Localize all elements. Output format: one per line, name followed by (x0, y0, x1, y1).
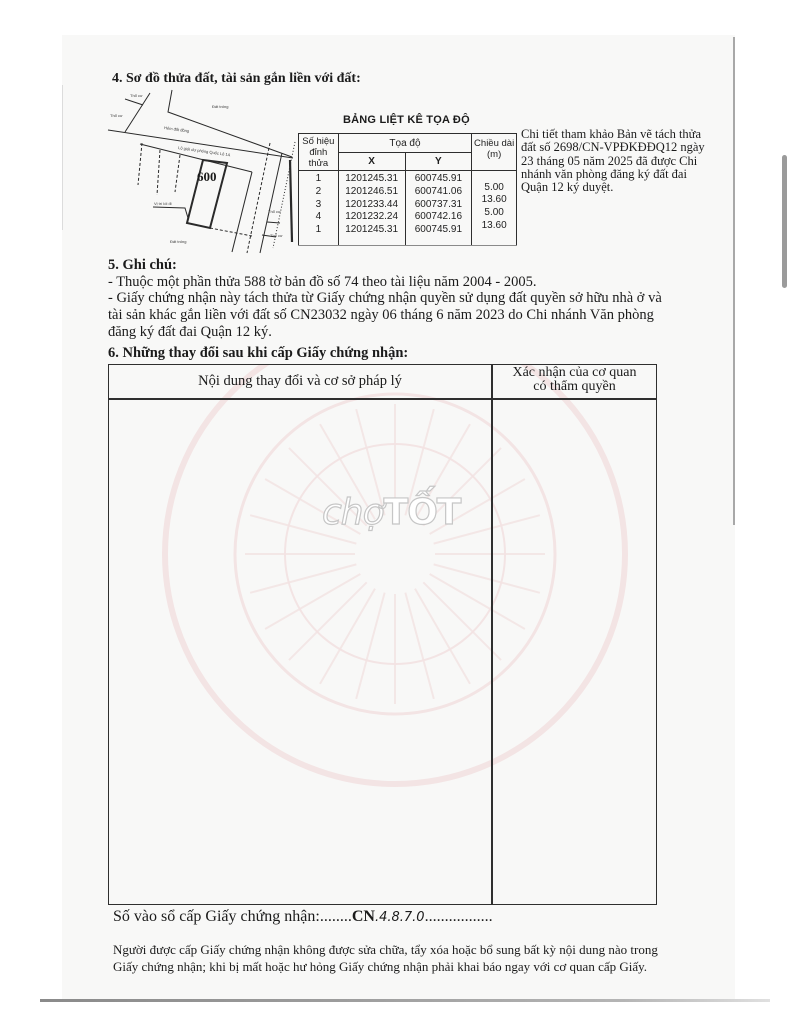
section5-heading: 5. Ghi chú: (108, 257, 662, 274)
coord-table-title: BẢNG LIỆT KÊ TỌA ĐỘ (343, 114, 470, 126)
page-bottom-edge (40, 999, 770, 1002)
change-content-cell[interactable] (109, 400, 491, 904)
reference-note: Chi tiết tham khảo Bản vẽ tách thửa đất … (521, 128, 705, 194)
registry-label: Số vào sổ cấp Giấy chứng nhận: (113, 908, 320, 925)
warning-text: Người được cấp Giấy chứng nhận không đượ… (113, 941, 658, 975)
y-column: 600745.91600741.06600737.31600742.166007… (406, 171, 472, 237)
length-column: 5.0013.605.0013.60 (472, 171, 516, 233)
header-change-content: Nội dung thay đổi và cơ sở pháp lý (109, 373, 491, 390)
section6-heading: 6. Những thay đổi sau khi cấp Giấy chứng… (108, 345, 408, 361)
x-coordinate: 1201246.51 (339, 186, 405, 199)
vertex-id: 1 (299, 173, 338, 186)
note-line: đăng ký đất đai Quận 12 ký. (108, 324, 662, 341)
x-coordinate: 1201232.24 (339, 211, 405, 224)
parcel-number: 600 (197, 169, 217, 184)
label-residential: Thổ cư (110, 113, 123, 118)
edge-length: 13.60 (472, 220, 516, 233)
label-vacant-land: Đất trống (170, 239, 186, 244)
header-x: X (338, 153, 405, 171)
header-coords: Tọa độ (338, 134, 472, 153)
confirmation-cell[interactable] (493, 400, 656, 904)
x-column: 1201245.311201246.511201233.441201232.24… (339, 171, 405, 237)
edge-length: 5.00 (472, 207, 516, 220)
land-plot-diagram: 600 Thổ cư Thổ cư Đất trống Hẻm đất đồng… (100, 85, 300, 255)
header-y: Y (405, 153, 472, 171)
label-residential: Thổ cư (270, 233, 283, 238)
y-coordinate: 600737.31 (406, 199, 472, 212)
vertex-id: 1 (299, 224, 338, 237)
label-residential: Thổ cư (130, 93, 143, 98)
y-coordinate: 600742.16 (406, 211, 472, 224)
edge-length: 5.00 (472, 182, 516, 195)
vertex-id: 3 (299, 199, 338, 212)
page-edge-left (62, 85, 63, 230)
header-length: Chiều dài (m) (472, 134, 517, 171)
note-line: - Giấy chứng nhận này tách thửa từ Giấy … (108, 290, 662, 307)
label-residential: Thổ cư (268, 209, 281, 214)
vertex-column: 12341 (299, 171, 338, 237)
coord-table: Số hiệu đỉnh thửa Tọa độ Chiều dài (m) X… (298, 133, 517, 246)
label-access: Vị trí lối đi (154, 201, 172, 206)
page-edge-right (733, 37, 735, 525)
section5-notes: 5. Ghi chú: - Thuộc một phần thửa 588 tờ… (108, 257, 662, 341)
y-coordinate: 600745.91 (406, 224, 472, 237)
x-coordinate: 1201245.31 (339, 173, 405, 186)
registry-value: .4.8.7.0 (375, 910, 425, 925)
label-alley: Hẻm đất đồng (164, 125, 190, 133)
edge-length: 13.60 (472, 194, 516, 207)
registry-prefix: CN (352, 908, 375, 925)
registry-number: Số vào sổ cấp Giấy chứng nhận:........CN… (113, 908, 493, 927)
x-coordinate: 1201245.31 (339, 224, 405, 237)
note-line: - Thuộc một phần thửa 588 tờ bản đồ số 7… (108, 274, 662, 291)
label-vacant-land: Đất trống (212, 104, 228, 109)
x-coordinate: 1201233.44 (339, 199, 405, 212)
header-vertex: Số hiệu đỉnh thửa (299, 134, 339, 171)
scrollbar[interactable] (782, 155, 787, 288)
vertex-id: 4 (299, 211, 338, 224)
y-coordinate: 600745.91 (406, 173, 472, 186)
header-authority-confirmation: Xác nhận của cơ quan có thẩm quyền (493, 366, 656, 393)
chotot-watermark: chợTỐT (322, 492, 460, 533)
vertex-id: 2 (299, 186, 338, 199)
changes-table: Nội dung thay đổi và cơ sở pháp lý Xác n… (108, 364, 657, 905)
note-line: tài sản khác gắn liền với đất số CN23032… (108, 307, 662, 324)
y-coordinate: 600741.06 (406, 186, 472, 199)
